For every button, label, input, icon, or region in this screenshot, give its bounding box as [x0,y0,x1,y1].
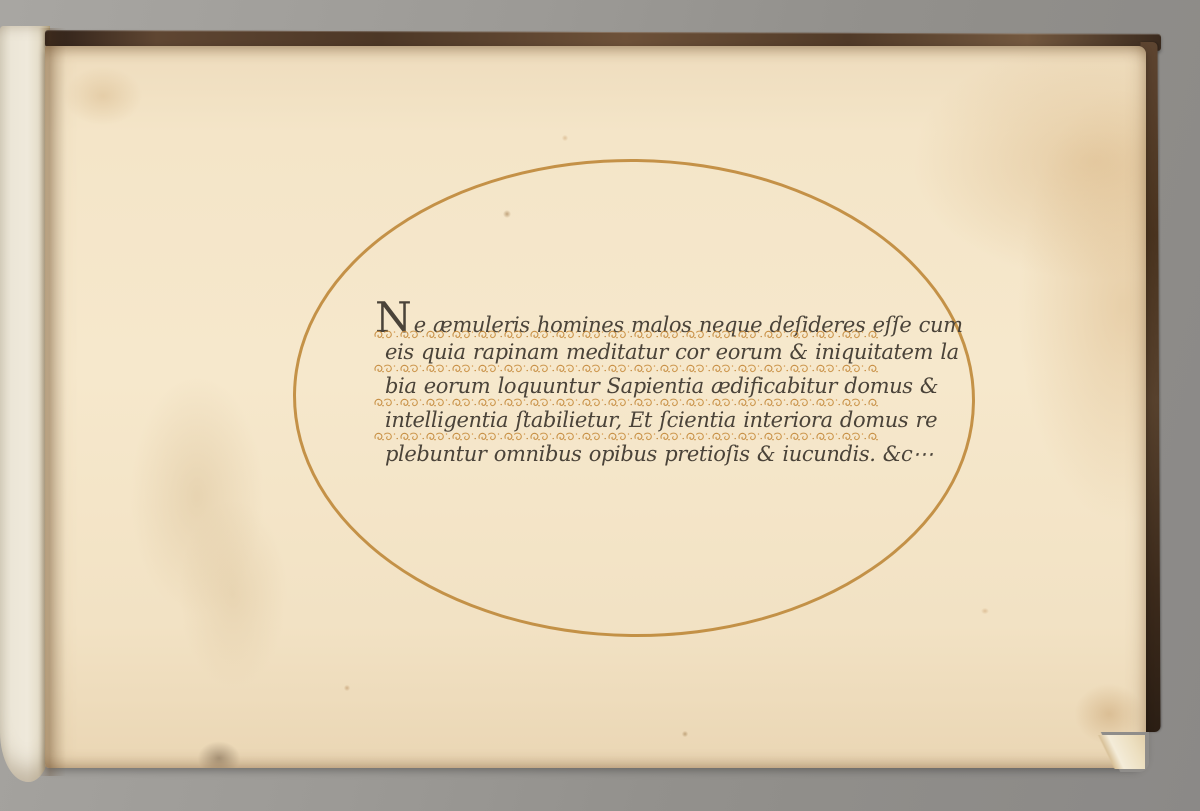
scroll-ornament-row [373,363,878,374]
scroll-ornament-row [373,431,878,442]
scroll-ornament-row [373,329,878,340]
photograph-of-open-album: Ne æmuleris homines malos neque deſidere… [0,0,1200,811]
manuscript-line-2: eis quia rapinam meditatur cor eorum & i… [385,340,897,364]
scroll-ornament-row [373,397,878,408]
manuscript-line-4: intelligentia ſtabilietur, Et ſcientia i… [385,408,897,432]
dog-ear-fold [1073,735,1145,769]
album-page: Ne æmuleris homines malos neque deſidere… [45,46,1146,768]
manuscript-line-3: bia eorum loquuntur Sapientia ædificabit… [385,374,897,398]
left-page-stack-edge [0,26,50,782]
manuscript-line-5: plebuntur omnibus opibus pretioſis & iuc… [385,442,897,466]
calligraphy-text-block: Ne æmuleris homines malos neque deſidere… [385,306,897,466]
manuscript-line-1: Ne æmuleris homines malos neque deſidere… [375,306,897,330]
